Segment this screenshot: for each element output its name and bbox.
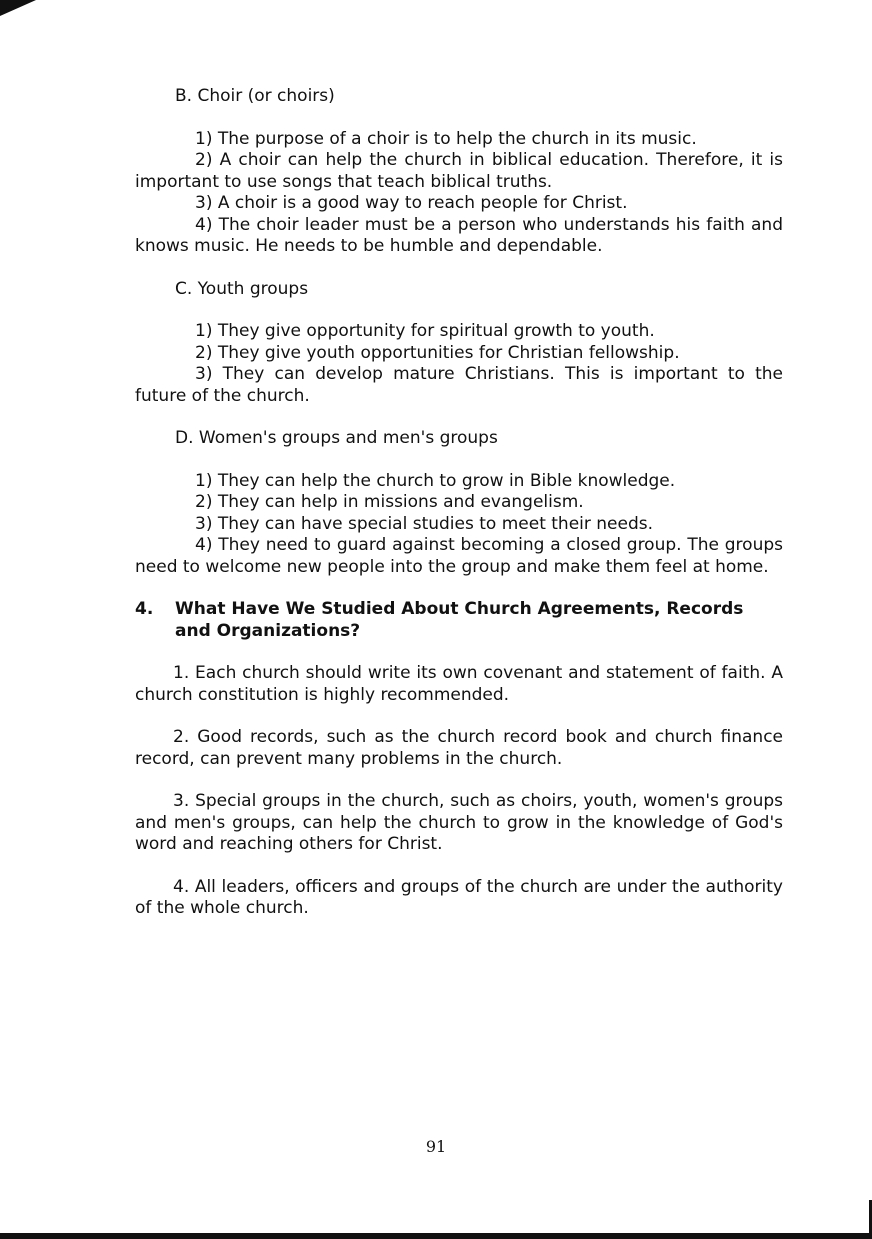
page-body: B. Choir (or choirs) 1) The purpose of a… — [135, 86, 783, 941]
list-item: 2) A choir can help the church in biblic… — [135, 150, 783, 193]
section-heading: C. Youth groups — [175, 279, 783, 301]
list-item: 4) The choir leader must be a person who… — [135, 215, 783, 258]
section-womens-mens: D. Women's groups and men's groups 1) Th… — [135, 428, 783, 578]
summary-title: What Have We Studied About Church Agreem… — [175, 599, 743, 641]
summary-point: 4. All leaders, officers and groups of t… — [135, 877, 783, 920]
list-item: 2) They can help in missions and evangel… — [135, 492, 783, 514]
summary-point: 3. Special groups in the church, such as… — [135, 791, 783, 856]
list-item: 1) They give opportunity for spiritual g… — [135, 321, 783, 343]
section-heading: D. Women's groups and men's groups — [175, 428, 783, 450]
list-item: 1) They can help the church to grow in B… — [135, 471, 783, 493]
list-item: 3) A choir is a good way to reach people… — [135, 193, 783, 215]
summary-heading: 4.What Have We Studied About Church Agre… — [135, 599, 783, 642]
summary-number: 4. — [135, 599, 175, 621]
scan-edge-bottom — [0, 1233, 872, 1239]
summary-point: 1. Each church should write its own cove… — [135, 663, 783, 706]
page-number: 91 — [0, 1137, 872, 1156]
section-youth: C. Youth groups 1) They give opportunity… — [135, 279, 783, 408]
summary-point: 2. Good records, such as the church reco… — [135, 727, 783, 770]
section-heading: B. Choir (or choirs) — [175, 86, 783, 108]
list-item: 3) They can develop mature Christians. T… — [135, 364, 783, 407]
list-item: 4) They need to guard against becoming a… — [135, 535, 783, 578]
list-item: 3) They can have special studies to meet… — [135, 514, 783, 536]
list-item: 2) They give youth opportunities for Chr… — [135, 343, 783, 365]
list-item: 1) The purpose of a choir is to help the… — [135, 129, 783, 151]
section-choir: B. Choir (or choirs) 1) The purpose of a… — [135, 86, 783, 258]
scan-corner-mark — [0, 0, 36, 16]
